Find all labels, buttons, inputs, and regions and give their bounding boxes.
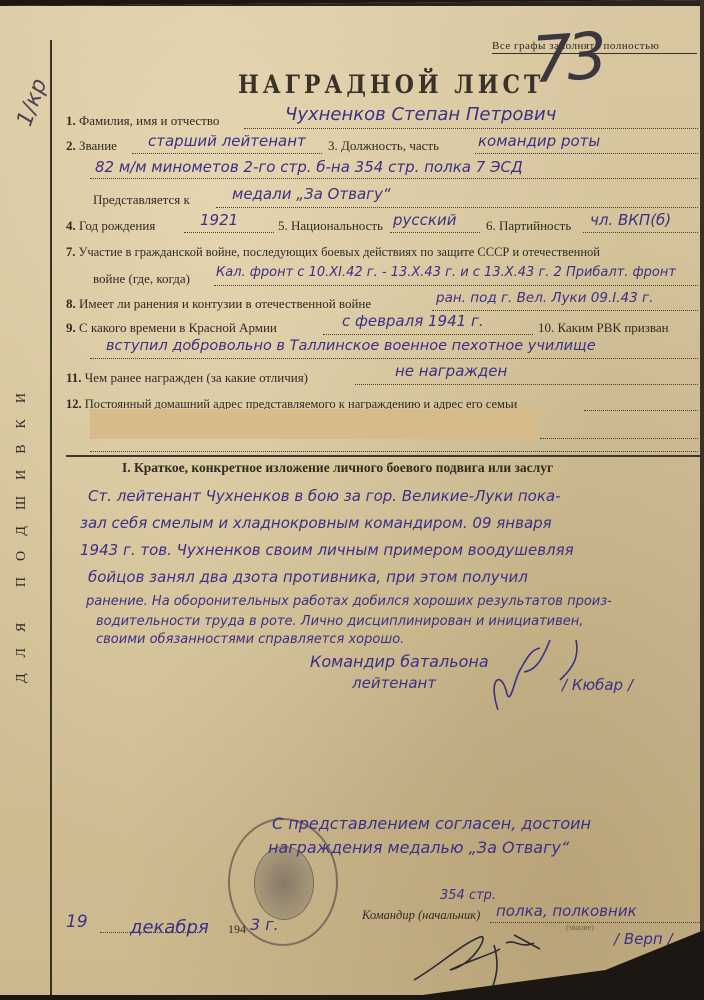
field-10-value: вступил добровольно в Таллинское военное… [106,338,596,354]
scan-edge-right [700,0,704,1000]
footer-unit-value: полка, полковник [496,902,637,920]
field-5-line [390,232,480,233]
footer-unit-line [490,922,700,923]
field-8-line [432,310,698,311]
regiment-commander-name: / Верп / [614,930,673,948]
field-8-value: ран. под г. Вел. Луки 09.I.43 г. [436,290,653,306]
stamp-emblem [254,846,314,920]
field-3-value: командир роты [478,132,600,150]
field-11-value: не награжден [395,362,507,380]
footer-unit-handwritten: 354 стр. [440,888,496,903]
field-7-line [214,285,698,286]
narrative-line: бойцов занял два дзота противника, при э… [88,568,528,586]
presented-line [216,207,698,208]
field-10-label: 10. Каким РВК призван [538,320,669,336]
field-1-value: Чухненков Степан Петрович [285,104,556,125]
narrative-line: Ст. лейтенант Чухненков в бою за гор. Ве… [88,487,561,505]
resolution-line: С представлением согласен, достоин [272,814,591,833]
field-2-value: старший лейтенант [148,132,306,150]
footer-commander-label: Командир (начальник) [362,908,480,923]
binding-margin-line [50,40,52,1000]
field-3-line [475,153,698,154]
field-9-value: с февраля 1941 г. [342,312,484,330]
regiment-commander-signature [410,925,550,995]
redacted-address [90,409,538,439]
field-12-line [584,410,698,411]
footer-year-prefix: 194 [228,922,246,937]
field-9-line [323,334,533,335]
section-divider [66,455,700,457]
margin-handwritten-note: 1/кр [12,75,52,129]
footer-rank-caption: (звание) [566,923,594,932]
field-11-label: 11. Чем ранее награжден (за какие отличи… [66,370,308,386]
scan-edge-top [0,0,704,6]
field-3-line-2 [90,178,698,179]
field-7-label: 7. Участие в гражданской войне, последую… [66,245,600,260]
field-3-value-cont: 82 м/м минометов 2-го стр. б-на 354 стр.… [95,158,523,176]
field-4-line [184,232,274,233]
field-8-label: 8. Имеет ли ранения и контузии в отечест… [66,296,371,312]
field-9-label: 9. С какого времени в Красной Армии [66,320,277,336]
field-12-line-3 [90,451,698,452]
resolution-line: награждения медалью „За Отвагу“ [268,838,569,857]
presented-value: медали „За Отвагу“ [232,185,391,203]
field-6-label: 6. Партийность [486,218,571,234]
battalion-commander-title: Командир батальона [310,652,489,671]
award-sheet: ДЛЯ ПОДШИВКИ 1/кр Все графы заполнять по… [0,0,704,1000]
sheet-number-handwritten: 73 [530,20,604,99]
narrative-line: водительности труда в роте. Лично дисцип… [96,614,583,629]
footer-month: декабря [130,917,209,938]
presented-label: Представляется к [93,192,190,208]
field-7-label-cont: войне (где, когда) [93,271,190,287]
field-12-line-2 [540,438,698,439]
narrative-line: 1943 г. тов. Чухненков своим личным прим… [80,541,574,559]
section-heading: I. Краткое, конкретное изложение личного… [122,460,553,476]
field-4-value: 1921 [200,211,238,229]
narrative-line: ранение. На оборонительных работах добил… [86,594,612,609]
field-4-label: 4. Год рождения [66,218,155,234]
battalion-commander-name: / Кюбар / [562,676,633,694]
footer-year-suffix: 3 г. [250,915,279,934]
field-3-label: 3. Должность, часть [328,138,439,154]
document-title: НАГРАДНОЙ ЛИСТ [238,70,544,100]
field-7-value: Кал. фронт с 10.XI.42 г. - 13.X.43 г. и … [216,265,676,280]
field-10-line [90,358,698,359]
field-2-label: 2. Звание [66,138,117,154]
field-1-label: 1. Фамилия, имя и отчество [66,113,219,129]
narrative-line: своими обязанностями справляется хорошо. [96,632,404,647]
binding-margin-label: ДЛЯ ПОДШИВКИ [14,300,44,760]
field-1-line [244,128,698,129]
field-5-label: 5. Национальность [278,218,383,234]
field-5-value: русский [393,211,456,229]
field-6-line [583,232,698,233]
field-11-line [355,384,698,385]
battalion-commander-rank: лейтенант [352,674,436,692]
field-6-value: чл. ВКП(б) [590,211,671,229]
field-2-line [132,153,322,154]
narrative-line: зал себя смелым и хладнокровным командир… [80,514,552,532]
footer-day: 19 [66,912,88,932]
